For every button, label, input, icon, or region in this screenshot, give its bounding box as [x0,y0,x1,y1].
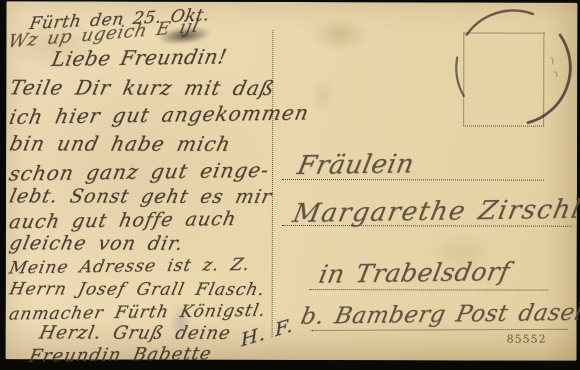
message-line: ich hier gut angekommen [7,100,311,128]
address-rule [310,289,548,291]
message-line: schon ganz gut einge- [7,158,271,186]
catalog-number: 85552 [507,333,547,346]
message-line: Meine Adresse ist z. Z. [7,255,251,279]
address-rule [312,329,568,331]
screenshot-root: { "colors": { "paper": "#e9d6ac", "ink":… [0,0,580,370]
address-place: in Trabelsdorf [317,257,513,289]
message-line: Herrn Josef Grall Flasch. [8,279,267,300]
message-line: lebt. Sonst geht es mir [8,185,275,208]
postmark-circle [448,5,578,135]
message-line: Freundin Babette [27,343,214,367]
message-line: gleiche von dir. [7,232,185,254]
message-line: Herzl. Gruß deine [37,322,233,343]
message-line: auch gut hoffe auch [7,208,238,233]
postcard-scan: Fürth den 25. Okt. Wz up ugeich E ijl Li… [6,1,578,360]
message-line: Teile Dir kurz mit daß [8,75,277,100]
address-post-line: b. Bamberg Post daselbst [299,299,580,330]
message-line: anmacher Fürth Königstl. [7,301,267,325]
address-recipient-title: Fräulein [295,149,417,181]
message-salutation: Liebe Freundin! [50,44,230,71]
divider-line [272,30,274,337]
message-line: bin und habe mich [8,131,234,156]
address-recipient-name: Margarethe Zirschlein [290,194,580,229]
